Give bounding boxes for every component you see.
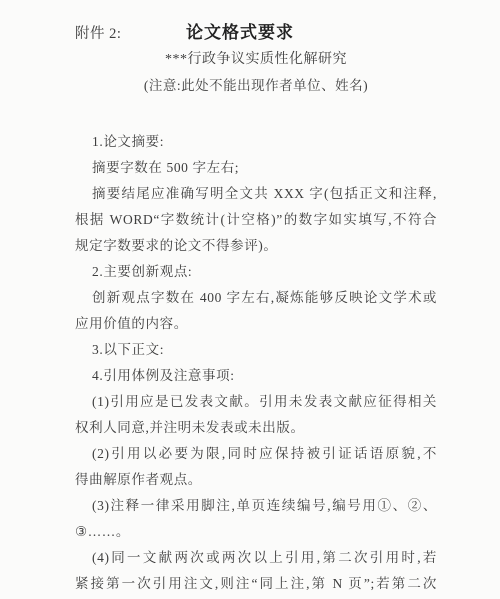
text-line: 根据 WORD“字数统计(计空格)”的数字如实填写,不符合 — [75, 207, 437, 233]
text-line: 权利人同意,并注明未发表或未出版。 — [75, 415, 437, 441]
text-line: ③……。 — [75, 519, 437, 545]
text-line: 紧接第一次引用注文,则注“同上注,第 N 页”;若第二次 — [75, 571, 437, 597]
document-page: 附件 2: 论文格式要求 ***行政争议实质性化解研究 (注意:此处不能出现作者… — [0, 0, 500, 599]
text-line: (1)引用应是已发表文献。引用未发表文献应征得相关 — [75, 389, 437, 415]
text-line: (4)同一文献两次或两次以上引用,第二次引用时,若 — [75, 545, 437, 571]
text-line: 得曲解原作者观点。 — [75, 467, 437, 493]
body-text: 1.论文摘要:摘要字数在 500 字左右;摘要结尾应准确写明全文共 XXX 字(… — [75, 129, 437, 597]
text-line: 3.以下正文: — [75, 337, 437, 363]
text-line: (2)引用以必要为限,同时应保持被引证话语原貌,不 — [75, 441, 437, 467]
text-line: 规定字数要求的论文不得参评)。 — [75, 233, 437, 259]
text-line: 1.论文摘要: — [75, 129, 437, 155]
text-line: 2.主要创新观点: — [75, 259, 437, 285]
text-line: 摘要字数在 500 字左右; — [75, 155, 437, 181]
paper-subtitle: ***行政争议实质性化解研究 — [75, 47, 437, 73]
page-title: 论文格式要求 — [75, 19, 405, 47]
text-line: 应用价值的内容。 — [75, 311, 437, 337]
text-line: 4.引用体例及注意事项: — [75, 363, 437, 389]
text-line: (3)注释一律采用脚注,单页连续编号,编号用①、②、 — [75, 493, 437, 519]
text-line: 创新观点字数在 400 字左右,凝炼能够反映论文学术或 — [75, 285, 437, 311]
text-line: 摘要结尾应准确写明全文共 XXX 字(包括正文和注释, — [75, 181, 437, 207]
anonymity-note: (注意:此处不能出现作者单位、姓名) — [75, 73, 437, 99]
